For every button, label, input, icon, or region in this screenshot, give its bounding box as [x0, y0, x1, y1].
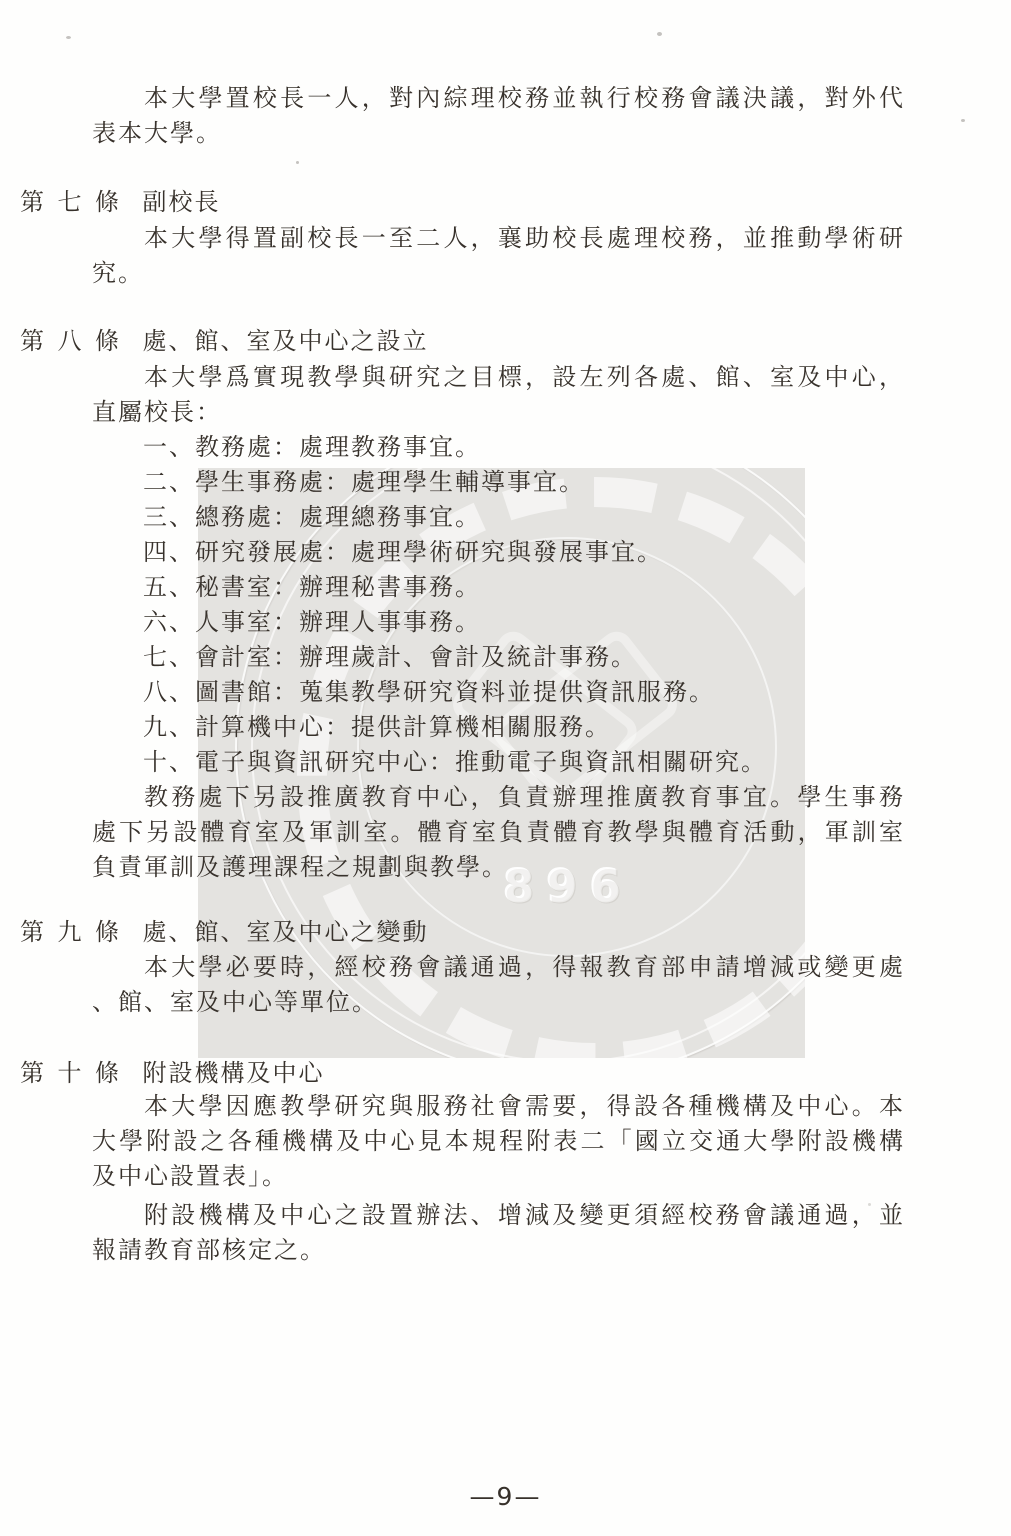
- article-title: 副校長: [143, 190, 221, 216]
- list-item: 八、圖書館：蒐集教學研究資料並提供資訊服務。: [143, 676, 767, 711]
- article-title: 處、館、室及中心之設立: [143, 329, 429, 355]
- scan-speck: [657, 32, 662, 36]
- scan-speck: [296, 161, 299, 164]
- text-line: 表本大學。: [92, 117, 905, 152]
- text-line: 究。: [92, 257, 905, 292]
- paragraph: 本大學因應教學研究與服務社會需要，得設各種機構及中心。本大學附設之各種機構及中心…: [92, 1090, 905, 1195]
- article-number: 第七條: [20, 190, 133, 216]
- text-line: 本大學爲實現教學與研究之目標，設左列各處、館、室及中心，: [92, 361, 905, 396]
- text-line: 報請教育部核定之。: [92, 1234, 905, 1269]
- text-line: 教務處下另設推廣教育中心，負責辦理推廣教育事宜。學生事務: [92, 781, 905, 816]
- article-number: 第九條: [20, 920, 133, 946]
- paragraph: 附設機構及中心之設置辦法、增減及變更須經校務會議通過，並報請教育部核定之。: [92, 1199, 905, 1269]
- list-item: 六、人事室：辦理人事事務。: [143, 606, 767, 641]
- paragraph: 本大學置校長一人，對內綜理校務並執行校務會議決議，對外代表本大學。: [92, 82, 905, 152]
- text-line: 直屬校長：: [92, 396, 905, 431]
- scan-speck: [66, 36, 71, 39]
- list-item: 一、教務處：處理教務事宜。: [143, 431, 767, 466]
- list-item: 十、電子與資訊研究中心：推動電子與資訊相關研究。: [143, 746, 767, 781]
- list-item: 四、研究發展處：處理學術研究與發展事宜。: [143, 536, 767, 571]
- article-heading: 第九條處、館、室及中心之變動: [20, 916, 429, 951]
- article-number: 第十條: [20, 1061, 133, 1087]
- list-item: 九、計算機中心：提供計算機相關服務。: [143, 711, 767, 746]
- text-line: 大學附設之各種機構及中心見本規程附表二「國立交通大學附設機構: [92, 1125, 905, 1160]
- text-line: 及中心設置表」。: [92, 1160, 905, 1195]
- text-line: 本大學因應教學研究與服務社會需要，得設各種機構及中心。本: [92, 1090, 905, 1125]
- article-number: 第八條: [20, 329, 133, 355]
- page-number: —9—: [0, 1482, 1011, 1511]
- document-page: 896 本大學置校長一人，對內綜理校務並執行校務會議決議，對外代表本大學。第七條…: [0, 0, 1011, 1536]
- article-title: 附設機構及中心: [143, 1061, 325, 1087]
- text-line: 處下另設體育室及軍訓室。體育室負責體育教學與體育活動，軍訓室: [92, 816, 905, 851]
- list-item: 五、秘書室：辦理秘書事務。: [143, 571, 767, 606]
- text-line: 、館、室及中心等單位。: [92, 986, 905, 1021]
- list-item: 七、會計室：辦理歲計、會計及統計事務。: [143, 641, 767, 676]
- scan-speck: [961, 119, 965, 122]
- list-item: 二、學生事務處：處理學生輔導事宜。: [143, 466, 767, 501]
- article-heading: 第十條附設機構及中心: [20, 1057, 325, 1092]
- text-line: 本大學必要時，經校務會議通過，得報教育部申請增減或變更處: [92, 951, 905, 986]
- scan-speck: [868, 1203, 871, 1206]
- paragraph: 本大學得置副校長一至二人，襄助校長處理校務，並推動學術研究。: [92, 222, 905, 292]
- list-item: 三、總務處：處理總務事宜。: [143, 501, 767, 536]
- paragraph: 教務處下另設推廣教育中心，負責辦理推廣教育事宜。學生事務處下另設體育室及軍訓室。…: [92, 781, 905, 886]
- article-heading: 第八條處、館、室及中心之設立: [20, 325, 429, 360]
- text-line: 附設機構及中心之設置辦法、增減及變更須經校務會議通過，並: [92, 1199, 905, 1234]
- text-line: 本大學得置副校長一至二人，襄助校長處理校務，並推動學術研: [92, 222, 905, 257]
- paragraph: 本大學爲實現教學與研究之目標，設左列各處、館、室及中心，直屬校長：: [92, 361, 905, 431]
- text-line: 負責軍訓及護理課程之規劃與教學。: [92, 851, 905, 886]
- paragraph: 本大學必要時，經校務會議通過，得報教育部申請增減或變更處、館、室及中心等單位。: [92, 951, 905, 1021]
- article-title: 處、館、室及中心之變動: [143, 920, 429, 946]
- text-line: 本大學置校長一人，對內綜理校務並執行校務會議決議，對外代: [92, 82, 905, 117]
- article-heading: 第七條副校長: [20, 186, 221, 221]
- org-unit-list: 一、教務處：處理教務事宜。二、學生事務處：處理學生輔導事宜。三、總務處：處理總務…: [143, 431, 767, 781]
